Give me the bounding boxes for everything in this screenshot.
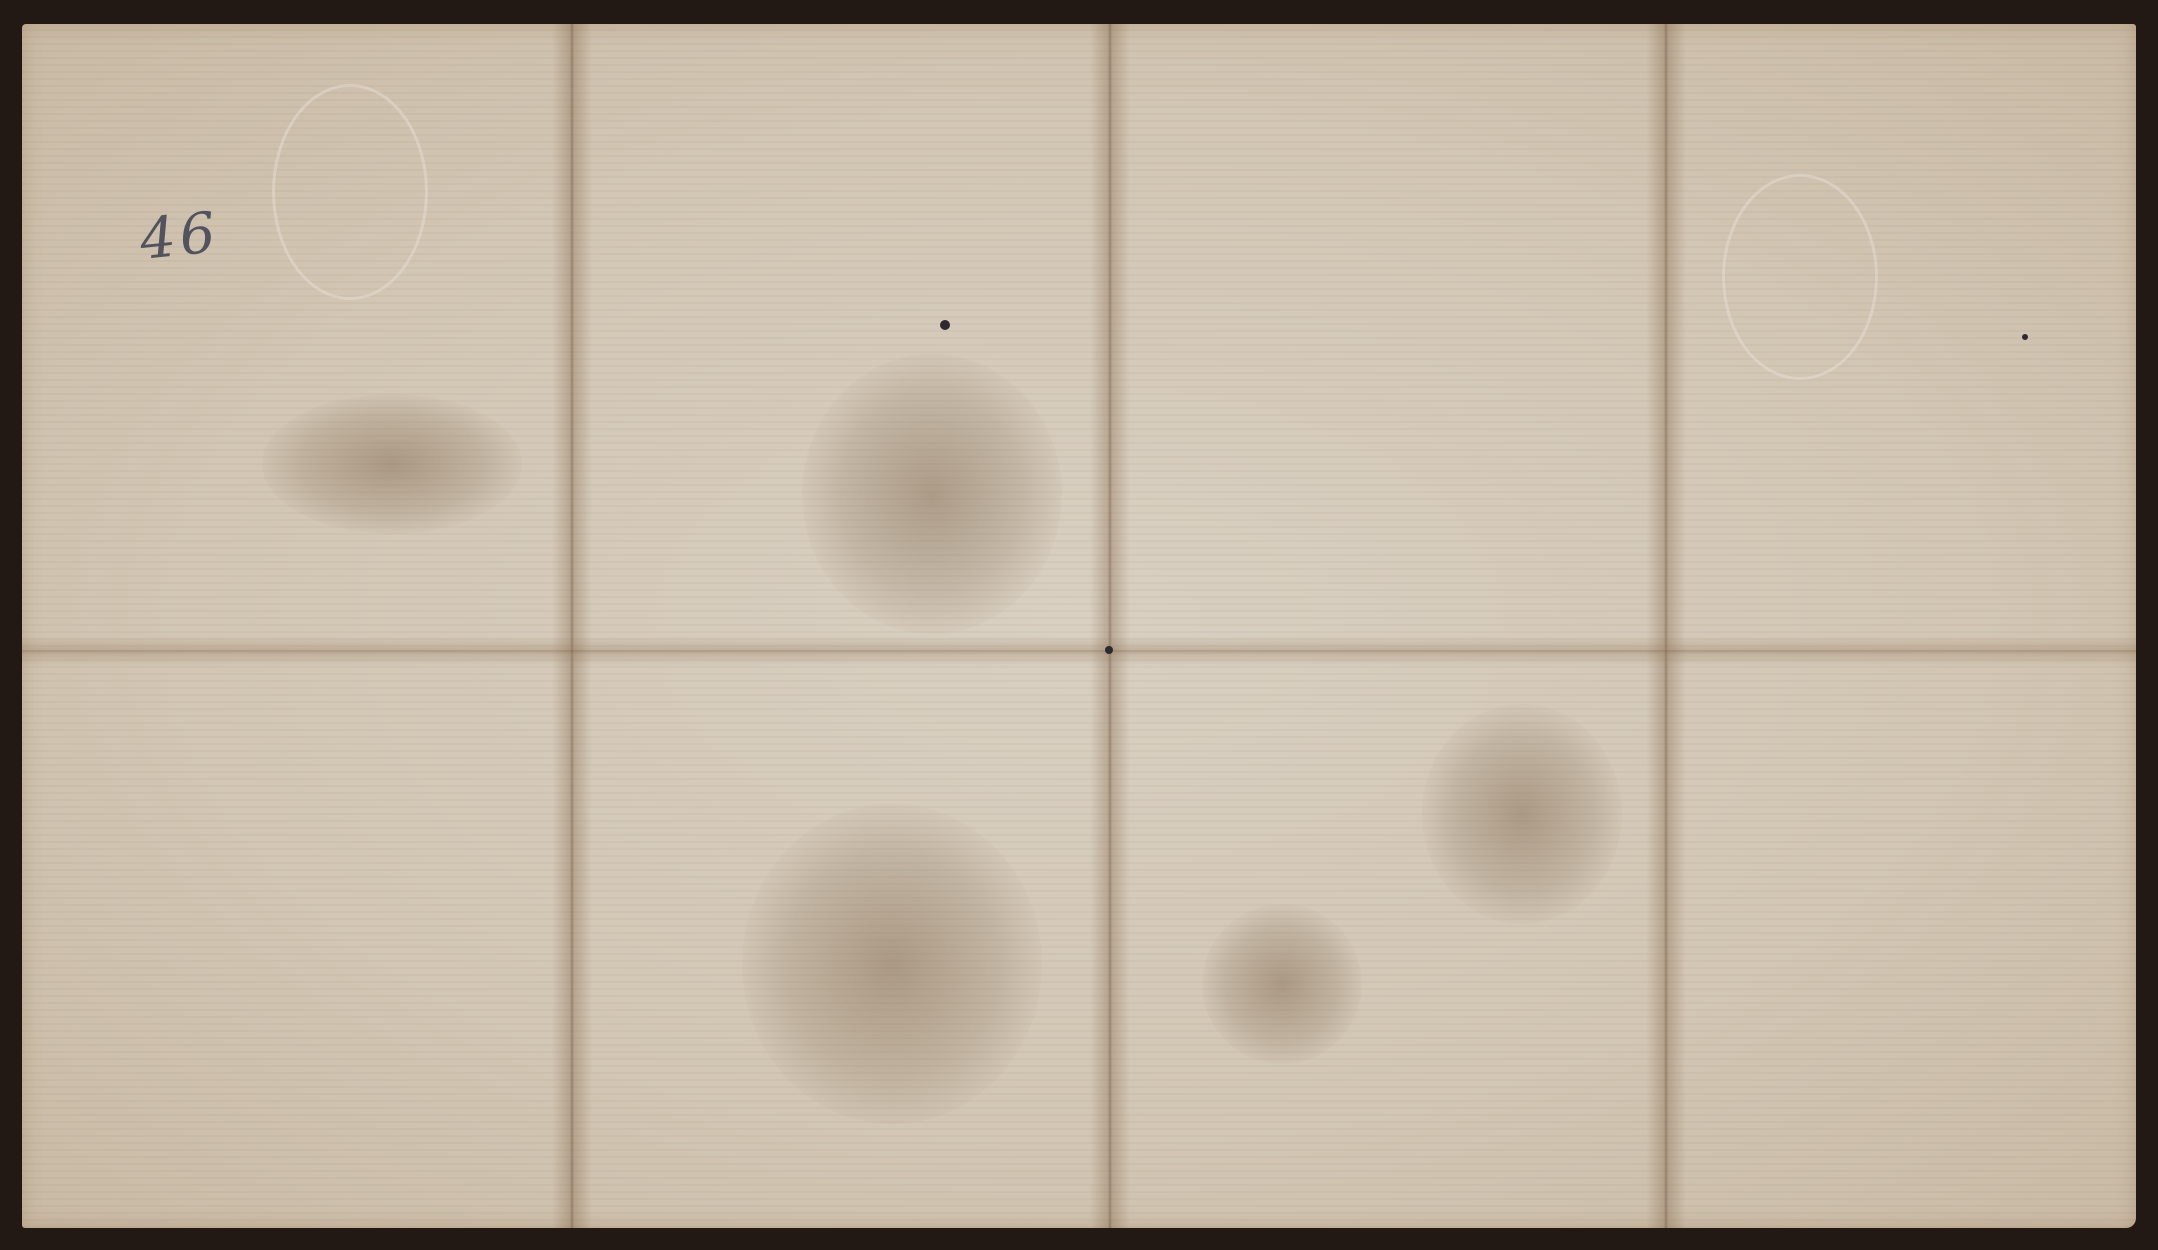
handwritten-number: 46 — [137, 200, 223, 273]
stain — [262, 394, 522, 534]
watermark-left — [272, 84, 428, 300]
stain — [1422, 704, 1622, 924]
fold-line-vertical-left — [552, 24, 592, 1228]
ink-spot — [940, 320, 950, 330]
ink-spot — [1105, 646, 1113, 654]
stain — [802, 354, 1062, 634]
banknote-reverse: 46 — [22, 24, 2136, 1228]
watermark-right — [1722, 174, 1878, 380]
fold-line-vertical-center — [1090, 24, 1130, 1228]
stain — [742, 804, 1042, 1124]
stain — [1202, 904, 1362, 1064]
fold-line-vertical-right — [1646, 24, 1686, 1228]
fold-line-horizontal — [22, 636, 2136, 666]
ink-spot — [2022, 334, 2028, 340]
